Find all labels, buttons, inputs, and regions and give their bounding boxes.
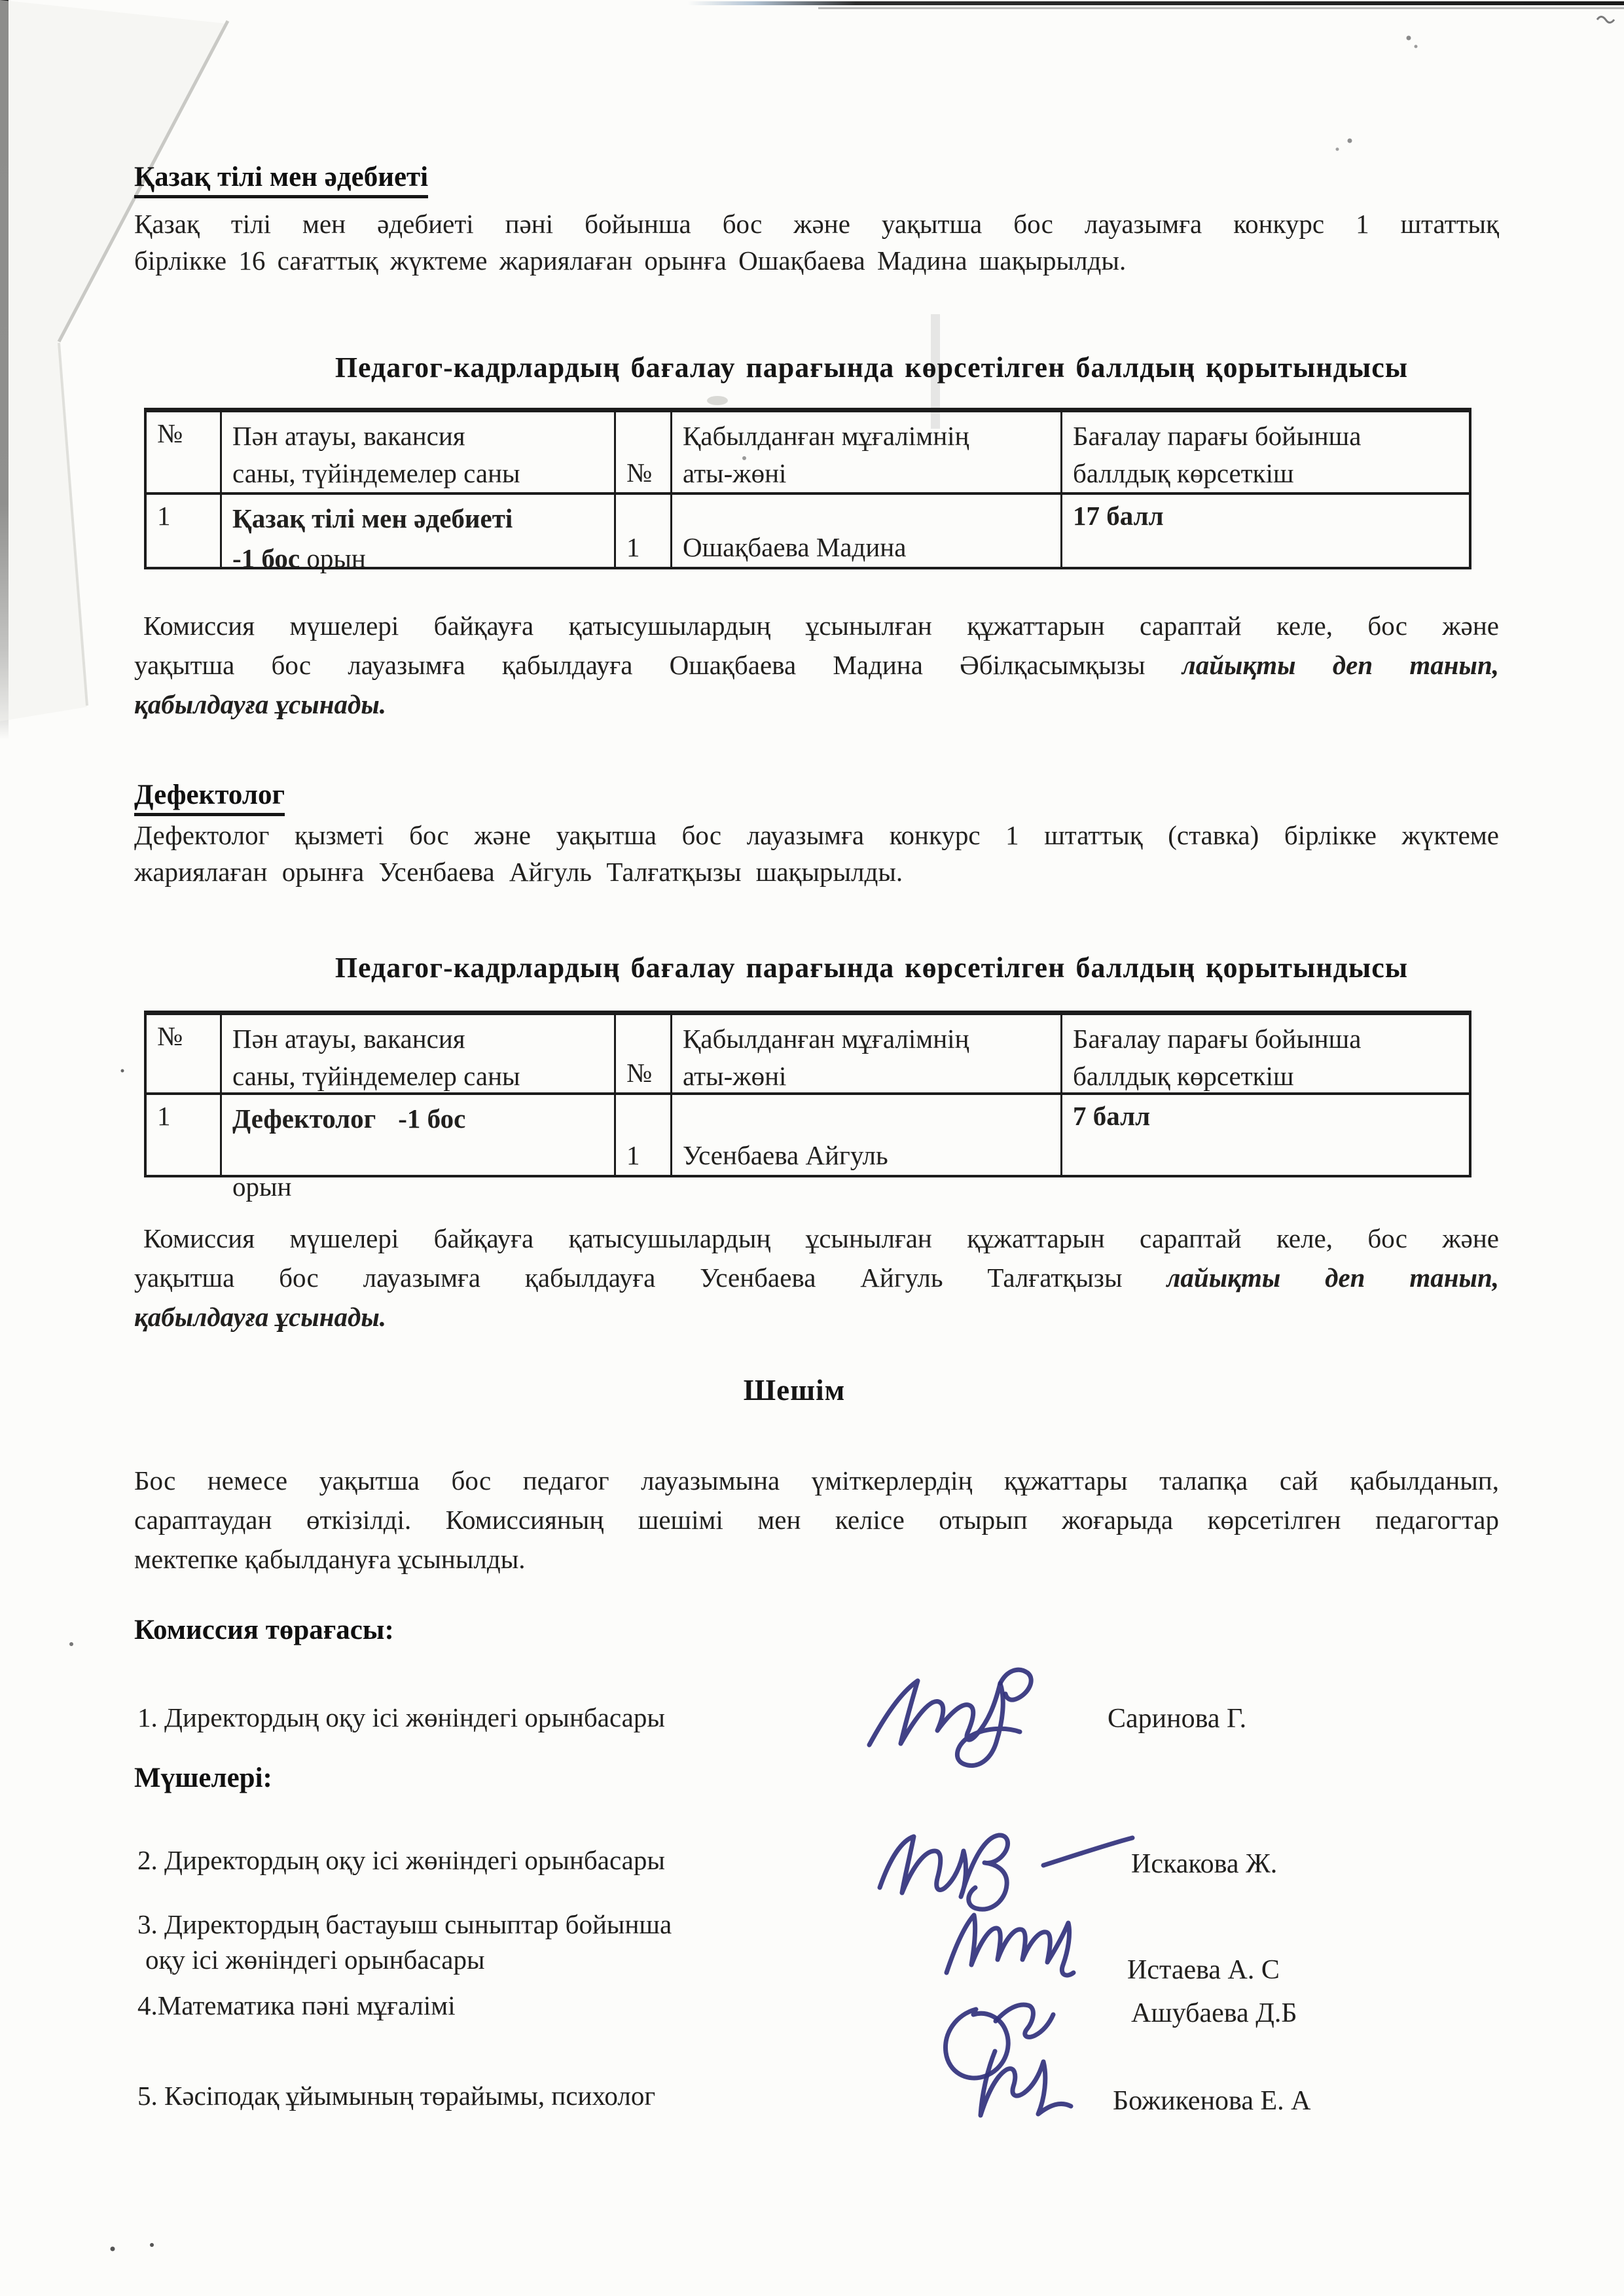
paragraph-line: Бос немесе уақытша бос педагог лауазымын… xyxy=(134,1461,1499,1500)
col-header-teacher-line2: аты-жөні xyxy=(683,455,1050,492)
cell-subject-line2: орын xyxy=(232,1169,604,1204)
col-header-score-line1: Бағалау парағы бойынша xyxy=(1073,1020,1458,1058)
paragraph-commission-conclusion-2: Комиссия мүшелері байқауға қатысушыларды… xyxy=(134,1219,1499,1336)
col-header-score: Бағалау парағы бойынша баллдық көрсеткіш xyxy=(1060,412,1469,495)
member-role-label-line1: 3. Директордың бастауыш сыныптар бойынша xyxy=(137,1909,672,1940)
cell-score: 7 балл xyxy=(1060,1095,1469,1175)
heading-defectolog-text: Дефектолог xyxy=(134,779,285,816)
signature-sarinova xyxy=(863,1661,1041,1784)
col-header-teacher-line1: Қабылданған мұғалімнің xyxy=(683,418,1050,455)
score-table-title-1: Педагог-кадрлардың бағалау парағында көр… xyxy=(189,351,1554,384)
col-header-subject-line1: Пән атауы, вакансия xyxy=(232,418,604,455)
col-header-number: № xyxy=(147,1015,220,1095)
paragraph-defectolog-vacancy: Дефектолог қызметі бос және уақытша бос … xyxy=(134,817,1499,890)
chair-role-label: 1. Директордың оқу ісі жөніндегі орынбас… xyxy=(137,1702,665,1733)
paragraph-line-normal: уақытша бос лауазымға қабылдауға Усенбае… xyxy=(134,1263,1123,1293)
col-header-teacher-line1: Қабылданған мұғалімнің xyxy=(683,1020,1050,1058)
col-header-subject-line1: Пән атауы, вакансия xyxy=(232,1020,604,1058)
col-header-score: Бағалау парағы бойынша баллдық көрсеткіш xyxy=(1060,1015,1469,1095)
paragraph-line-emphasis: лайықты деп танып, xyxy=(1182,650,1499,680)
cell-row-number: 1 xyxy=(147,495,220,567)
member-name: Божикенова Е. А xyxy=(1113,2085,1310,2117)
cell-subject-line1: Дефектолог-1 бос xyxy=(232,1100,604,1138)
score-table-title-2: Педагог-кадрлардың бағалау парағында көр… xyxy=(189,951,1554,984)
heading-decision: Шешім xyxy=(112,1373,1477,1407)
col-header-number: № xyxy=(147,412,220,495)
paragraph-line-emphasis: қабылдауға ұсынады. xyxy=(134,685,1499,724)
paragraph-line: Комиссия мүшелері байқауға қатысушыларды… xyxy=(134,1219,1499,1258)
heading-members: Мүшелері: xyxy=(134,1762,272,1794)
col-header-subject: Пән атауы, вакансия саны, түйіндемелер с… xyxy=(220,412,614,495)
paragraph-line-normal: уақытша бос лауазымға қабылдауға Ошақбае… xyxy=(134,650,1146,680)
paragraph-line: уақытша бос лауазымға қабылдауға Ошақбае… xyxy=(134,645,1499,685)
col-header-teacher: Қабылданған мұғалімнің аты-жөні xyxy=(670,1015,1060,1095)
paragraph-commission-conclusion-1: Комиссия мүшелері байқауға қатысушыларды… xyxy=(134,606,1499,724)
paragraph-decision: Бос немесе уақытша бос педагог лауазымын… xyxy=(134,1461,1499,1579)
col-header-teacher-line2: аты-жөні xyxy=(683,1058,1050,1095)
cell-subject: Дефектолог-1 бос орын xyxy=(220,1095,614,1175)
cell-row-number: 1 xyxy=(147,1095,220,1175)
scanned-document-page: Қазақ тілі мен әдебиеті Қазақ тілі мен ә… xyxy=(0,0,1624,2296)
cell-subject: Қазақ тілі мен әдебиеті -1 бос орын xyxy=(220,495,614,567)
cell-teacher-number: 1 xyxy=(614,1095,670,1175)
col-header-score-line1: Бағалау парағы бойынша xyxy=(1073,418,1458,455)
heading-kazakh-language-text: Қазақ тілі мен әдебиеті xyxy=(134,161,428,198)
cell-subject-line2: -1 бос орын xyxy=(232,541,604,576)
scanner-top-edge-line-2 xyxy=(818,7,1624,9)
heading-defectolog: Дефектолог xyxy=(134,779,285,816)
chair-name: Саринова Г. xyxy=(1108,1703,1246,1734)
paragraph-line-emphasis: қабылдауға ұсынады. xyxy=(134,1297,1499,1336)
paragraph-line: сараптаудан өткізілді. Комиссияның шешім… xyxy=(134,1500,1499,1539)
member-name: Ашубаева Д.Б xyxy=(1131,1998,1297,2029)
member-name: Искакова Ж. xyxy=(1131,1848,1277,1880)
col-header-subject-line2: саны, түйіндемелер саны xyxy=(232,1058,604,1095)
member-role-label: 2. Директордың оқу ісі жөніндегі орынбас… xyxy=(137,1844,665,1876)
member-role-label-line2: оқу ісі жөніндегі орынбасары xyxy=(145,1944,485,1975)
paragraph-line: Комиссия мүшелері байқауға қатысушыларды… xyxy=(134,606,1499,645)
scanner-top-edge-line xyxy=(687,1,1624,5)
score-table-1: № Пән атауы, вакансия саны, түйіндемелер… xyxy=(144,408,1471,569)
cell-teacher-number: 1 xyxy=(614,495,670,567)
paragraph-line: Дефектолог қызметі бос және уақытша бос … xyxy=(134,817,1499,853)
member-name: Истаева А. С xyxy=(1127,1954,1280,1986)
cell-teacher-name: Усенбаева Айгуль xyxy=(670,1095,1060,1175)
cell-subject-line2-bold: -1 бос xyxy=(232,543,300,573)
paragraph-line: Қазақ тілі мен әдебиеті пәні бойынша бос… xyxy=(134,206,1499,242)
paragraph-line: уақытша бос лауазымға қабылдауға Усенбае… xyxy=(134,1258,1499,1297)
col-header-number-2: № xyxy=(614,1015,670,1095)
cell-subject-line1-part1: Дефектолог xyxy=(232,1103,376,1134)
scanner-left-edge-shadow xyxy=(0,0,9,740)
col-header-teacher: Қабылданған мұғалімнің аты-жөні xyxy=(670,412,1060,495)
paragraph-kazakh-vacancy: Қазақ тілі мен әдебиеті пәні бойынша бос… xyxy=(134,206,1499,279)
cell-subject-line1-part2: -1 бос xyxy=(398,1103,465,1134)
paragraph-line: бірлікке 16 сағаттық жүктеме жариялаған … xyxy=(134,242,1499,279)
col-header-number-2: № xyxy=(614,412,670,495)
member-role-label: 4.Математика пәні мұғалімі xyxy=(137,1990,456,2021)
cell-subject-line2-rest: орын xyxy=(306,543,366,573)
col-header-subject: Пән атауы, вакансия саны, түйіндемелер с… xyxy=(220,1015,614,1095)
member-role-label: 5. Кәсіподақ ұйымының төрайымы, психолог xyxy=(137,2080,655,2111)
col-header-subject-line2: саны, түйіндемелер саны xyxy=(232,455,604,492)
col-header-score-line2: баллдық көрсеткіш xyxy=(1073,455,1458,492)
paragraph-line-emphasis: лайықты деп танып, xyxy=(1166,1263,1499,1293)
signature-iskakova-dash xyxy=(1039,1831,1138,1871)
cell-teacher-name: Ошақбаева Мадина xyxy=(670,495,1060,567)
heading-kazakh-language: Қазақ тілі мен әдебиеті xyxy=(134,161,428,198)
cell-subject-line1: Қазақ тілі мен әдебиеті xyxy=(232,500,604,537)
paragraph-line: мектепке қабылдануға ұсынылды. xyxy=(134,1539,1499,1579)
col-header-score-line2: баллдық көрсеткіш xyxy=(1073,1058,1458,1095)
heading-commission-chair: Комиссия төрағасы: xyxy=(134,1614,394,1646)
signature-istaeva xyxy=(941,1898,1079,1987)
signature-bozhikenova xyxy=(954,2037,1076,2134)
cell-score: 17 балл xyxy=(1060,495,1469,567)
score-table-2: № Пән атауы, вакансия саны, түйіндемелер… xyxy=(144,1011,1471,1177)
paragraph-line: жариялаған орынға Усенбаева Айгуль Талға… xyxy=(134,853,1499,890)
